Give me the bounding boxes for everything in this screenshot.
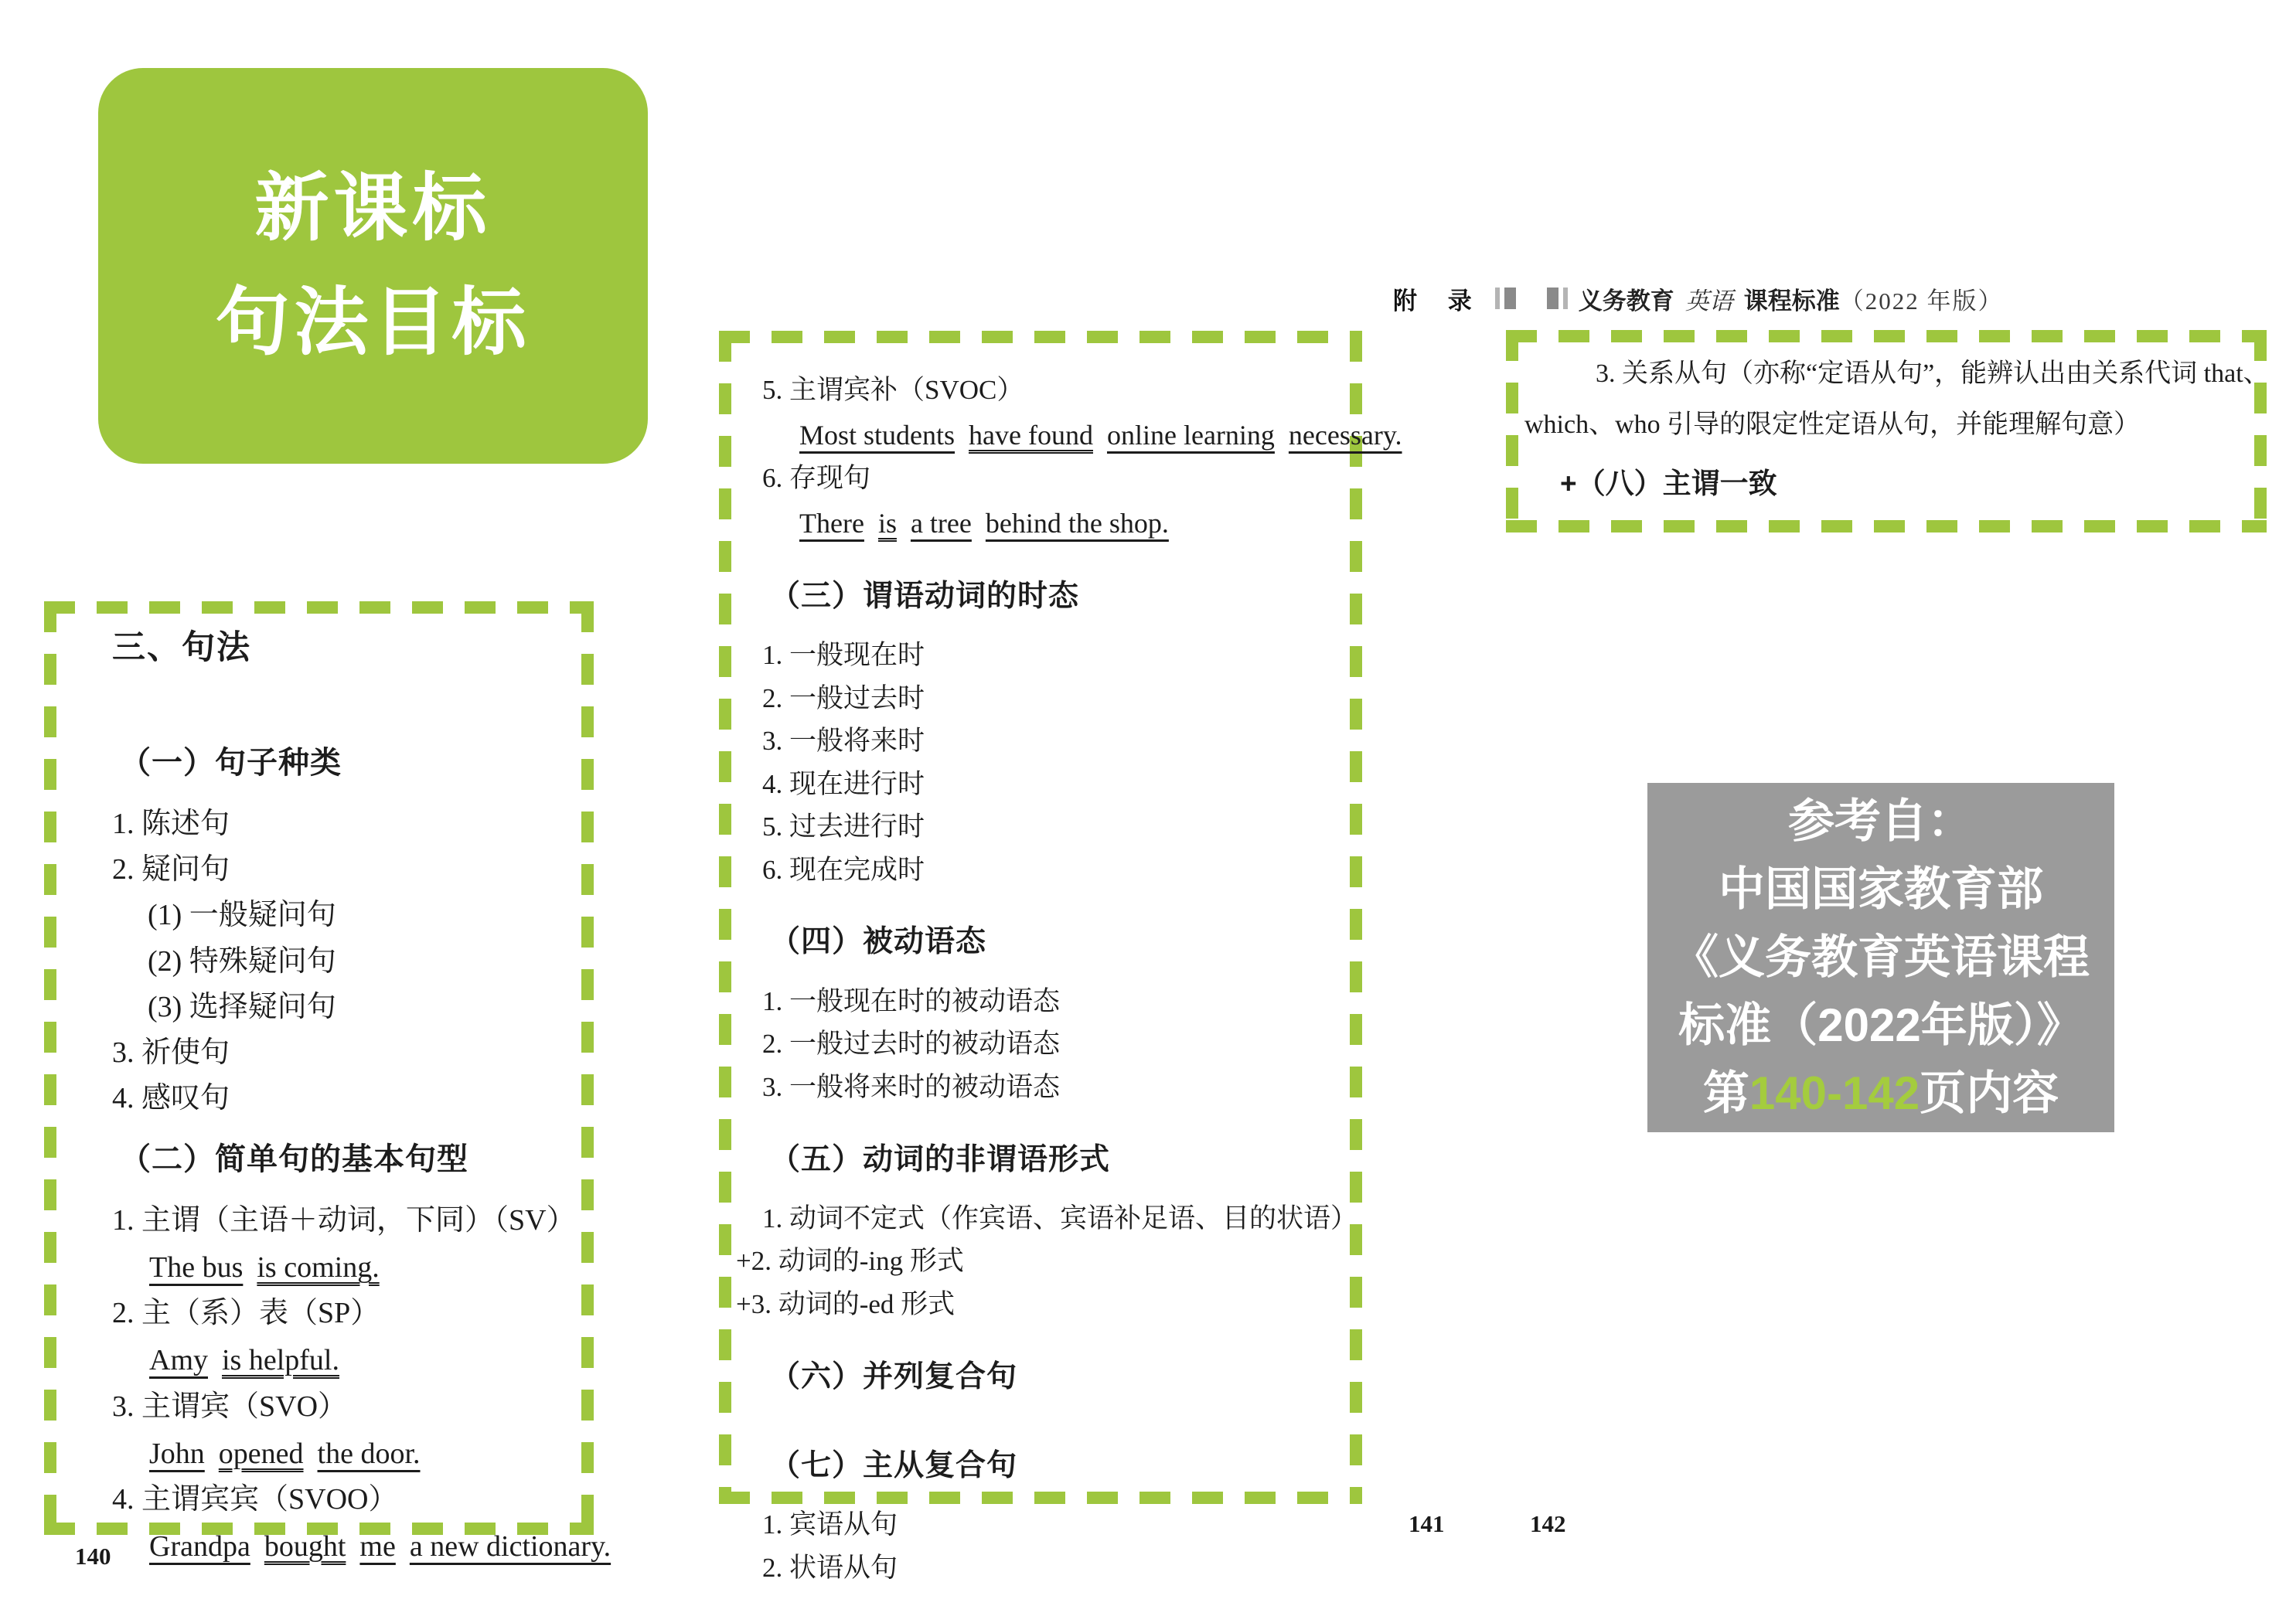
list-item: 1. 一般现在时的被动语态 [762, 986, 1353, 1018]
header-series-label: 义务教育 [1579, 281, 1674, 316]
list-item: 2. 疑问句 [112, 852, 581, 886]
underlined-phrase: Most students [799, 420, 955, 451]
example-sentence: Thereisa treebehind the shop. [762, 508, 1353, 540]
syntax-box-middle: 5. 主谓宾补（SVOC）Most studentshave foundonli… [719, 331, 1362, 1504]
list-item: (2) 特殊疑问句 [112, 944, 581, 978]
list-item: (1) 一般疑问句 [112, 898, 581, 932]
underlined-phrase: is [878, 508, 897, 539]
list-item: 4. 现在进行时 [762, 769, 1353, 801]
book-page-header: 附 录 义务教育 英语 课程标准 （2022 年版） [1393, 283, 2004, 314]
reference-line: 中国国家教育部 [1647, 856, 2114, 924]
underlined-phrase: a tree [911, 508, 972, 539]
list-item: 5. 过去进行时 [762, 811, 1353, 843]
syntax-box-right: 3. 关系从句（亦称“定语从句”，能辨认出由关系代词 that、 which、w… [1506, 330, 2267, 532]
title-line-1: 新课标 [255, 172, 492, 246]
pages-suffix: 页内容 [1920, 1067, 2059, 1119]
list-item: 6. 现在完成时 [762, 855, 1353, 886]
list-item: 2. 状语从句 [762, 1553, 1353, 1584]
header-standard-label: 课程标准 [1744, 281, 1840, 316]
header-subject-label: 英语 [1685, 281, 1733, 316]
list-item: （五）动词的非谓语形式 [762, 1142, 1353, 1177]
example-sentence: Most studentshave foundonline learningne… [762, 420, 1353, 452]
page-number-141: 141 [1409, 1510, 1445, 1538]
example-sentence: Grandpaboughtmea new dictionary. [112, 1529, 581, 1563]
list-item: +3. 动词的-ed 形式 [736, 1289, 1353, 1321]
underlined-phrase: bought [264, 1530, 346, 1563]
underlined-phrase: is helpful. [222, 1344, 339, 1376]
underlined-phrase: behind the shop. [986, 508, 1169, 539]
pages-range: 140-142 [1749, 1067, 1920, 1119]
list-item: （二）简单句的基本句型 [112, 1142, 581, 1177]
underlined-phrase: is coming. [257, 1251, 379, 1284]
reference-card: 参考自： 中国国家教育部 《义务教育英语课程 标准（2022年版）》 第140-… [1647, 783, 2114, 1132]
list-item: （六）并列复合句 [762, 1359, 1353, 1394]
underlined-phrase: necessary. [1289, 420, 1402, 451]
subject-verb-agreement-heading: +（八）主谓一致 [1560, 469, 2253, 498]
example-sentence: Johnopenedthe door. [112, 1437, 581, 1471]
underlined-phrase: have found [969, 420, 1093, 451]
pages-prefix: 第 [1703, 1067, 1749, 1119]
list-item: 1. 动词不定式（作宾语、宾语补足语、目的状语） [762, 1203, 1353, 1235]
list-item: 3. 一般将来时 [762, 726, 1353, 757]
header-bar-icon [1547, 288, 1558, 309]
header-bar-icon [1495, 288, 1500, 309]
list-item: （七）主从复合句 [762, 1448, 1353, 1483]
list-item: （三）谓语动词的时态 [762, 579, 1353, 614]
relative-clause-line-2: which、who 引导的限定性定语从句，并能理解句意） [1524, 412, 2253, 438]
title-card: 新课标 句法目标 [98, 68, 648, 464]
list-item: （一）句子种类 [112, 745, 581, 781]
reference-pages-line: 第140-142页内容 [1647, 1060, 2114, 1128]
list-item: 三、句法 [112, 629, 581, 668]
list-item: 1. 宾语从句 [762, 1509, 1353, 1541]
underlined-phrase: John [149, 1438, 205, 1470]
list-item: 3. 主谓宾（SVO） [112, 1390, 581, 1424]
list-item: 3. 一般将来时的被动语态 [762, 1072, 1353, 1104]
list-item: （四）被动语态 [762, 924, 1353, 959]
underlined-phrase: There [799, 508, 864, 539]
page-number-140: 140 [75, 1543, 111, 1570]
reference-line: 标准（2022年版）》 [1647, 992, 2114, 1060]
list-item: 1. 陈述句 [112, 807, 581, 841]
underlined-phrase: me [359, 1530, 395, 1563]
page-number-142: 142 [1530, 1510, 1566, 1538]
list-item: 1. 一般现在时 [762, 640, 1353, 672]
underlined-phrase: online learning [1107, 420, 1275, 451]
list-item: 2. 主（系）表（SP） [112, 1296, 581, 1330]
relative-clause-line-1: 3. 关系从句（亦称“定语从句”，能辨认出由关系代词 that、 [1535, 361, 2253, 387]
underlined-phrase: Amy [149, 1344, 208, 1376]
list-item: (3) 选择疑问句 [112, 990, 581, 1024]
header-bar-icon [1504, 288, 1516, 309]
underlined-phrase: the door. [318, 1438, 421, 1470]
reference-line: 参考自： [1647, 788, 2114, 856]
underlined-phrase: Grandpa [149, 1530, 250, 1563]
list-item: 2. 一般过去时的被动语态 [762, 1029, 1353, 1060]
underlined-phrase: opened [219, 1438, 304, 1470]
underlined-phrase: a new dictionary. [410, 1530, 611, 1563]
list-item: 4. 感叹句 [112, 1081, 581, 1115]
list-item: 4. 主谓宾宾（SVOO） [112, 1482, 581, 1516]
list-item: 5. 主谓宾补（SVOC） [762, 375, 1353, 407]
list-item: 3. 祈使句 [112, 1036, 581, 1070]
example-sentence: Amyis helpful. [112, 1343, 581, 1377]
example-sentence: The busis coming. [112, 1250, 581, 1284]
list-item: 1. 主谓（主语＋动词，下同）（SV） [112, 1203, 581, 1237]
list-item: +2. 动词的-ing 形式 [736, 1246, 1353, 1278]
title-line-2: 句法目标 [216, 286, 531, 360]
page-canvas: 新课标 句法目标 附 录 义务教育 英语 课程标准 （2022 年版） 三、句法… [0, 0, 2296, 1623]
list-item: 2. 一般过去时 [762, 683, 1353, 715]
header-bar-icon [1563, 288, 1568, 309]
syntax-box-left: 三、句法（一）句子种类1. 陈述句2. 疑问句(1) 一般疑问句(2) 特殊疑问… [44, 601, 594, 1535]
reference-line: 《义务教育英语课程 [1647, 924, 2114, 992]
header-edition-label: （2022 年版） [1840, 281, 2004, 316]
appendix-label: 附 录 [1393, 281, 1484, 316]
list-item: 6. 存现句 [762, 463, 1353, 495]
underlined-phrase: The bus [149, 1251, 243, 1284]
